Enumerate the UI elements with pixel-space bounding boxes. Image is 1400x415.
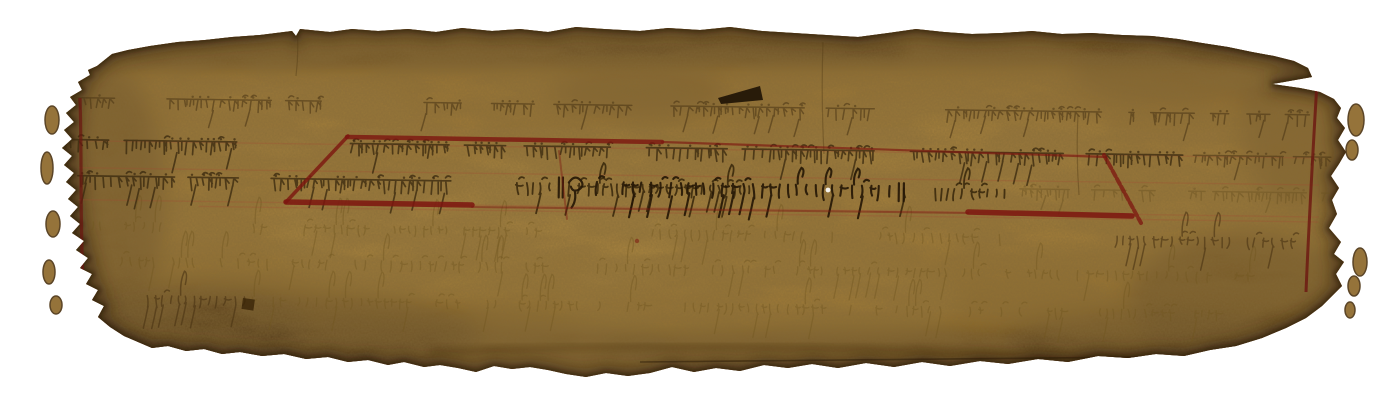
torn-fragment bbox=[43, 260, 55, 284]
torn-fragment bbox=[1348, 104, 1364, 136]
torn-fragment bbox=[45, 106, 59, 134]
leaf-surface bbox=[40, 15, 1370, 405]
torn-fragment bbox=[1348, 276, 1360, 296]
paper-hole-speck bbox=[826, 188, 831, 193]
torn-fragment bbox=[1345, 302, 1355, 318]
red-bot-thick-l bbox=[286, 202, 472, 205]
torn-fragment bbox=[1353, 248, 1367, 276]
torn-fragment bbox=[46, 211, 60, 237]
manuscript-leaf-photo bbox=[0, 0, 1400, 415]
torn-fragment bbox=[1346, 140, 1358, 160]
torn-fragment bbox=[50, 296, 62, 314]
red-speck bbox=[635, 239, 639, 243]
torn-fragment bbox=[41, 152, 53, 184]
ink-blob bbox=[241, 298, 254, 311]
scan-background bbox=[0, 0, 1400, 415]
